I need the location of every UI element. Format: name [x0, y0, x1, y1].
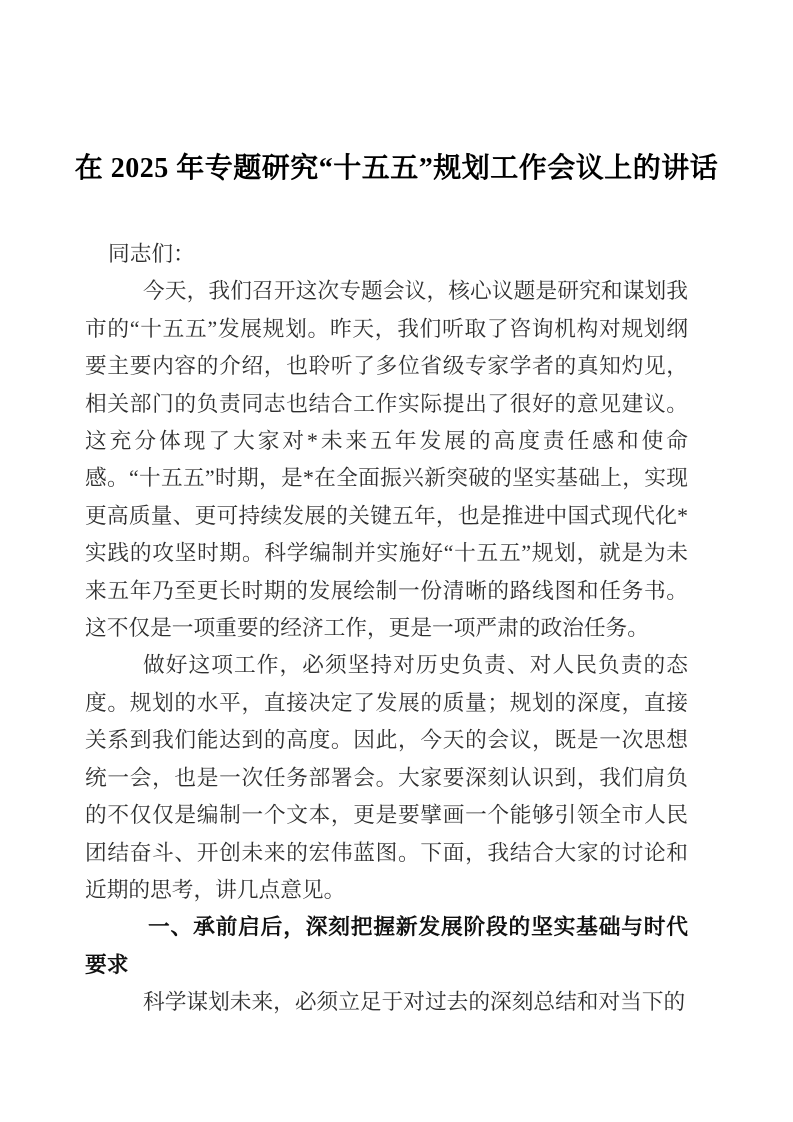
document-page: 在 2025 年专题研究“十五五”规划工作会议上的讲话 同志们： 今天，我们召开… [0, 0, 793, 1122]
section-heading-1: 一、承前启后，深刻把握新发展阶段的坚实基础与时代要求 [85, 909, 688, 984]
paragraph-2: 做好这项工作，必须坚持对历史负责、对人民负责的态度。规划的水平，直接决定了发展的… [85, 647, 688, 909]
document-body: 同志们： 今天，我们召开这次专题会议，核心议题是研究和谋划我市的“十五五”发展规… [85, 236, 688, 1022]
paragraph-3: 科学谋划未来，必须立足于对过去的深刻总结和对当下的 [85, 984, 688, 1021]
document-title: 在 2025 年专题研究“十五五”规划工作会议上的讲话 [0, 149, 793, 189]
paragraph-1: 今天，我们召开这次专题会议，核心议题是研究和谋划我市的“十五五”发展规划。昨天，… [85, 273, 688, 647]
salutation: 同志们： [85, 236, 688, 273]
